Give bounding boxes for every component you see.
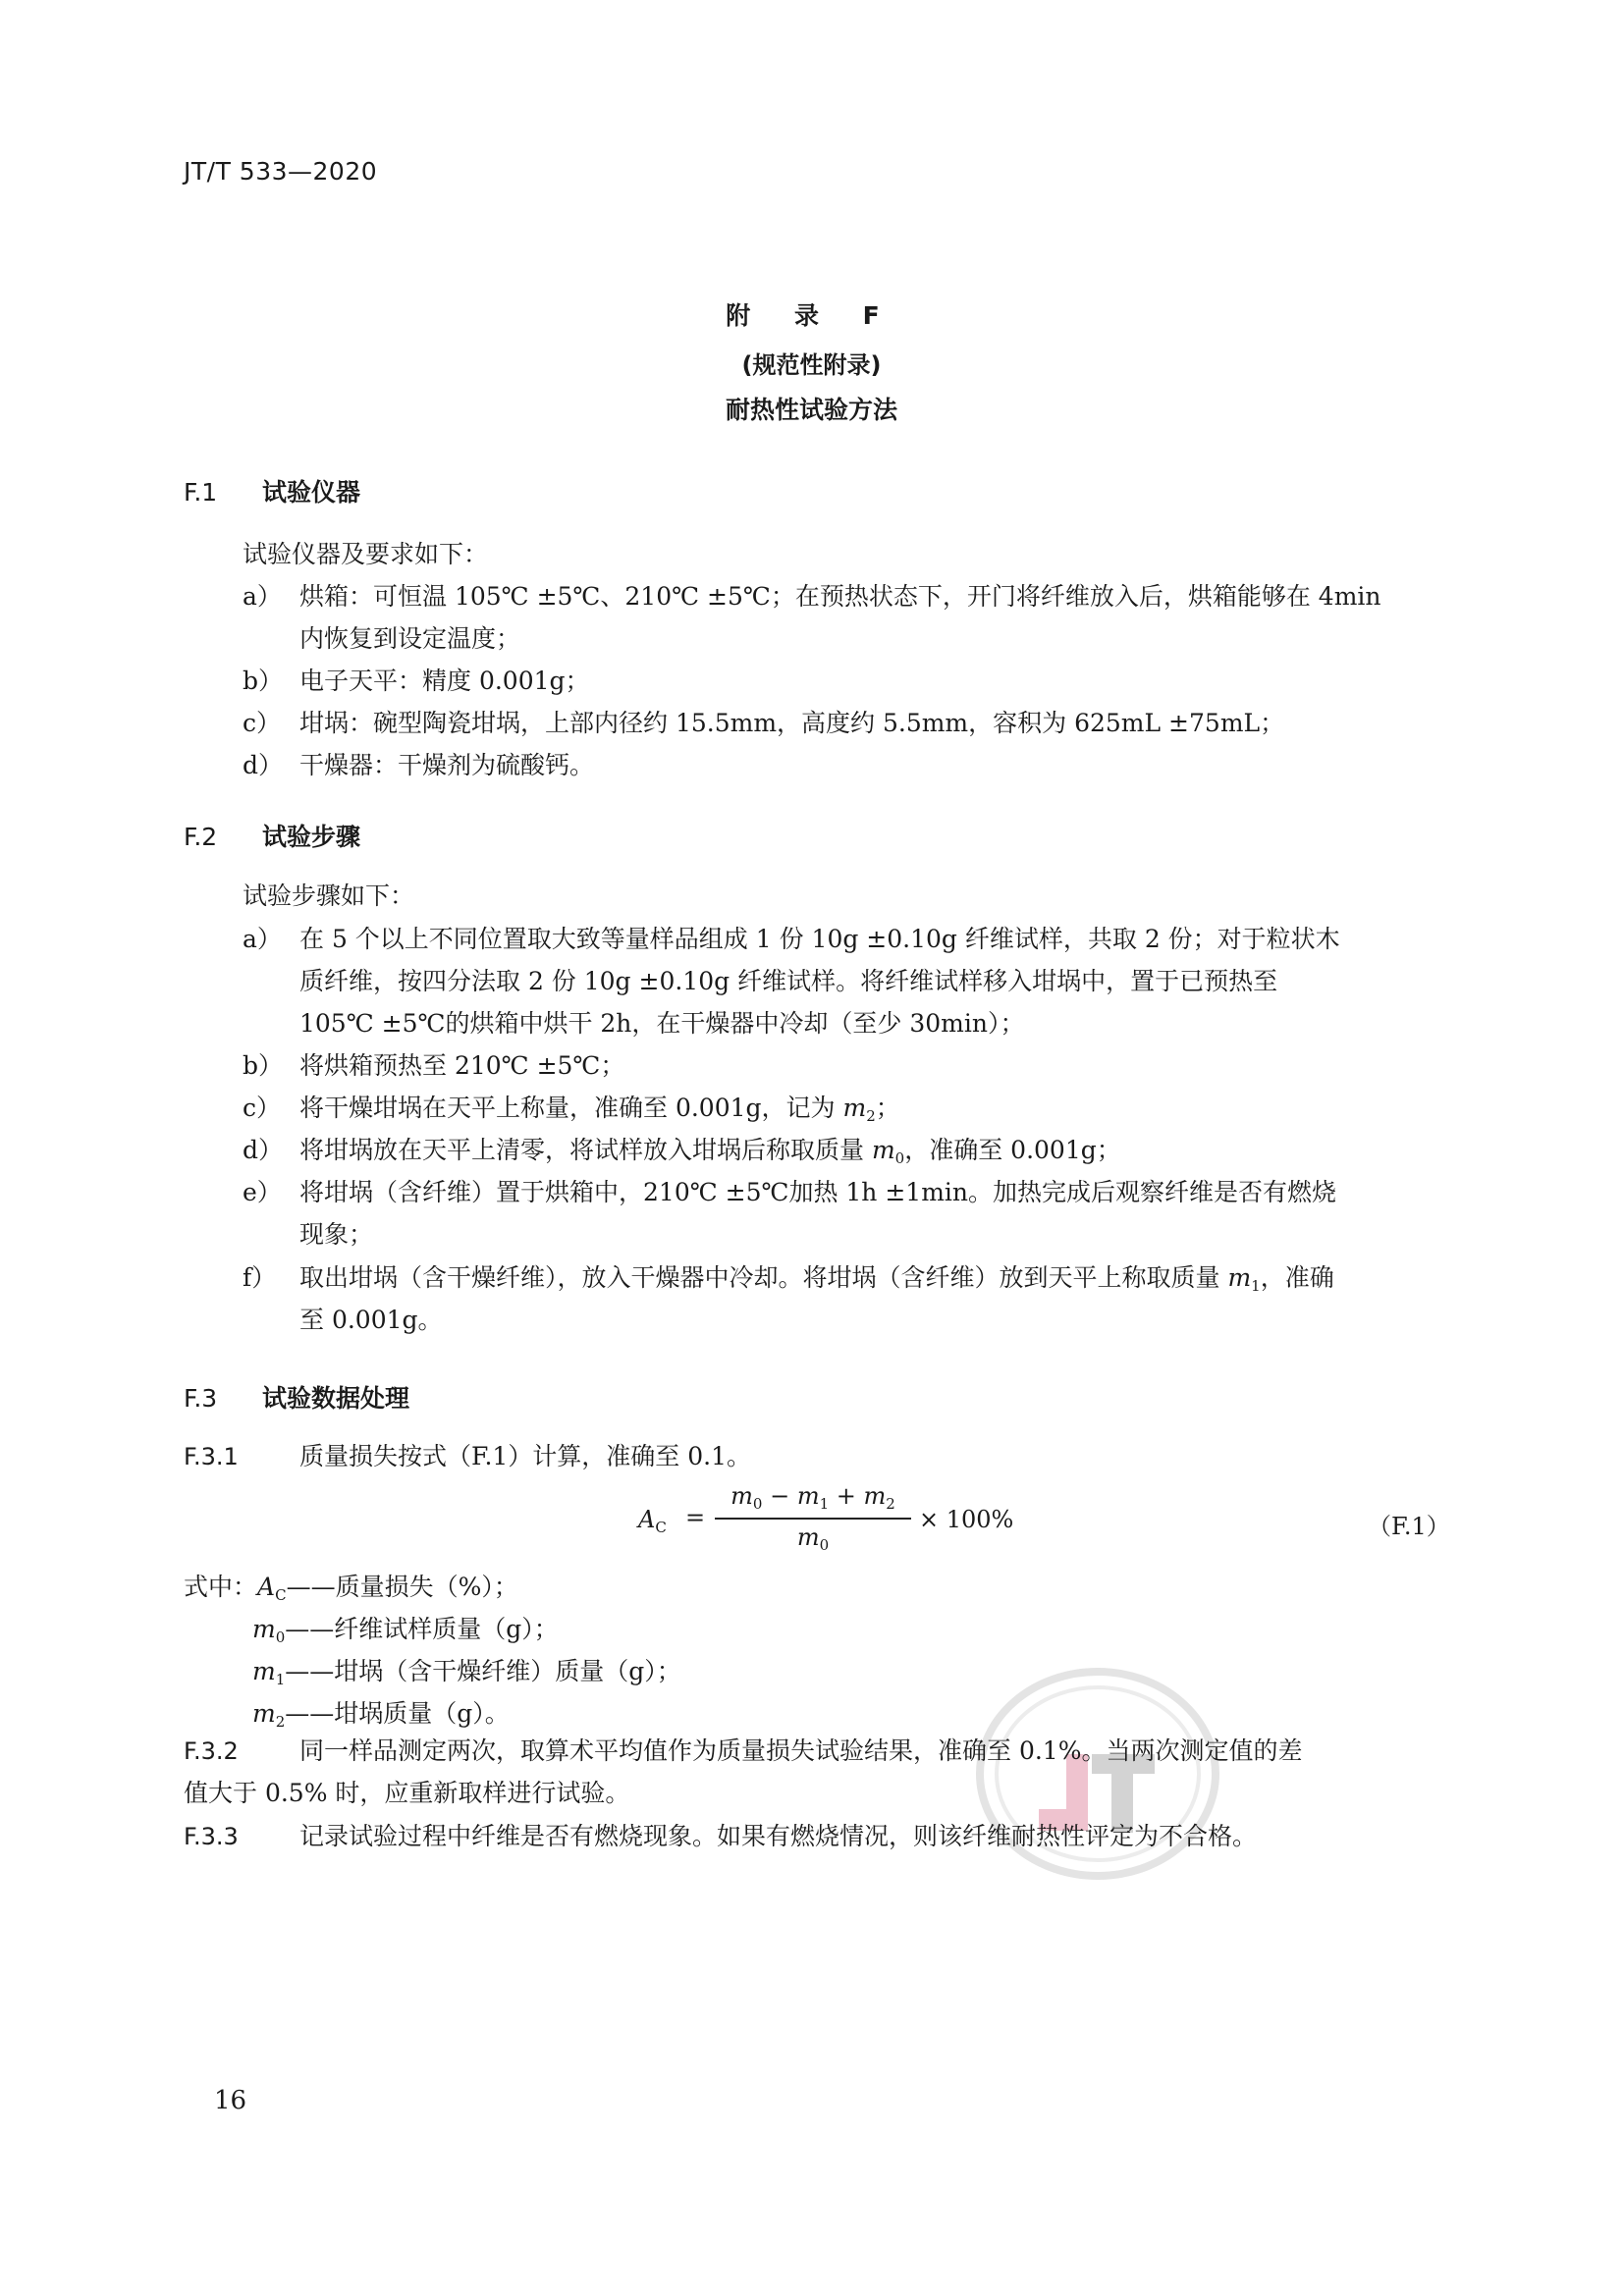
variable: m — [252, 1657, 276, 1685]
item-continuation: 质纤维，按四分法取 2 份 10g ±0.10g 纤维试样。将纤维试样移入坩埚中… — [299, 969, 1277, 993]
formula-lhs: AC — [638, 1506, 667, 1536]
item-label: b） — [243, 668, 299, 693]
clause-f3-3: F.3.3记录试验过程中纤维是否有燃烧现象。如果有燃烧情况，则该纤维耐热性评定为… — [184, 1824, 1257, 1848]
item-text-end: ，准确至 0.001g； — [904, 1136, 1121, 1164]
page-number: 16 — [214, 2086, 246, 2115]
annex-title: 耐热性试验方法 — [0, 391, 1623, 426]
variable: m — [252, 1615, 276, 1643]
clause-number: F.3.2 — [184, 1739, 299, 1763]
item-label: a） — [243, 584, 299, 609]
subscript: 1 — [1251, 1277, 1261, 1295]
subscript: 1 — [276, 1671, 286, 1688]
variable: m — [872, 1136, 895, 1164]
jt-logo-icon — [972, 1664, 1227, 1890]
formula-f1: AC = m0 − m1 + m2 m0 × 100% — [638, 1482, 1011, 1571]
definition-text: 质量损失（%）； — [336, 1573, 518, 1601]
variable: A — [638, 1506, 655, 1533]
list-item: f）取出坩埚（含干燥纤维），放入干燥器中冷却。将坩埚（含纤维）放到天平上称取质量… — [243, 1265, 1334, 1294]
clause-f3-2: F.3.2同一样品测定两次，取算术平均值作为质量损失试验结果，准确至 0.1%。… — [184, 1738, 1302, 1763]
subscript: 2 — [886, 1495, 895, 1513]
fraction-bar — [715, 1518, 911, 1520]
section-number: F.2 — [184, 823, 262, 851]
clause-f3-1: F.3.1质量损失按式（F.1）计算，准确至 0.1。 — [184, 1444, 751, 1468]
denominator: m0 — [715, 1523, 911, 1554]
standard-code: JT/T 533—2020 — [184, 157, 377, 186]
clause-number: F.3.1 — [184, 1445, 299, 1468]
section-number: F.3 — [184, 1384, 262, 1413]
clause-continuation: 值大于 0.5% 时，应重新取样进行试验。 — [184, 1781, 629, 1805]
annex-type: (规范性附录) — [0, 346, 1623, 380]
clause-text: 记录试验过程中纤维是否有燃烧现象。如果有燃烧情况，则该纤维耐热性评定为不合格。 — [299, 1822, 1257, 1850]
operator: − — [762, 1482, 796, 1510]
item-label: c） — [243, 1095, 299, 1120]
definition-text: 纤维试样质量（g）； — [334, 1615, 559, 1643]
item-label: c） — [243, 711, 299, 735]
item-label: d） — [243, 753, 299, 777]
item-text: 干燥器：干燥剂为硫酸钙。 — [299, 751, 594, 779]
item-text-end: ； — [876, 1094, 900, 1122]
list-item: b）电子天平：精度 0.001g； — [243, 668, 590, 693]
operator: + — [829, 1482, 863, 1510]
section-title: 试验步骤 — [262, 823, 360, 851]
subscript: C — [655, 1519, 666, 1536]
variable: m — [842, 1094, 866, 1122]
variable: m — [797, 1523, 820, 1551]
item-continuation: 至 0.001g。 — [299, 1308, 443, 1332]
item-continuation: 内恢复到设定温度； — [299, 626, 520, 651]
dash: —— — [285, 1615, 334, 1643]
subscript: 2 — [866, 1107, 876, 1125]
list-item: a）在 5 个以上不同位置取大致等量样品组成 1 份 10g ±0.10g 纤维… — [243, 927, 1340, 951]
list-item: c）坩埚：碗型陶瓷坩埚，上部内径约 15.5mm，高度约 5.5mm，容积为 6… — [243, 711, 1284, 735]
variable: m — [1227, 1263, 1251, 1292]
definition-text: 坩埚（含干燥纤维）质量（g）； — [334, 1657, 681, 1685]
clause-number: F.3.3 — [184, 1825, 299, 1848]
formula-number: （F.1） — [1368, 1507, 1450, 1541]
item-continuation: 105℃ ±5℃的烘箱中烘干 2h，在干燥器中冷却（至少 30min）； — [299, 1011, 1024, 1036]
item-text: 取出坩埚（含干燥纤维），放入干燥器中冷却。将坩埚（含纤维）放到天平上称取质量 — [299, 1263, 1227, 1292]
where-def: 式中：AC——质量损失（%）； — [184, 1568, 518, 1604]
item-text: 将坩埚放在天平上清零，将试样放入坩埚后称取质量 — [299, 1136, 872, 1164]
equals-sign: = — [685, 1504, 705, 1531]
subscript: C — [275, 1586, 286, 1604]
item-text: 将烘箱预热至 210℃ ±5℃； — [299, 1051, 624, 1080]
item-label: d） — [243, 1138, 299, 1162]
item-text: 将坩埚（含纤维）置于烘箱中，210℃ ±5℃加热 1h ±1min。加热完成后观… — [299, 1178, 1336, 1206]
definition-text: 坩埚质量（g）。 — [334, 1699, 510, 1728]
section-intro: 试验仪器及要求如下： — [243, 542, 488, 566]
item-text: 在 5 个以上不同位置取大致等量样品组成 1 份 10g ±0.10g 纤维试样… — [299, 925, 1340, 953]
item-label: a） — [243, 927, 299, 951]
subscript: 2 — [276, 1713, 286, 1731]
list-item: a）烘箱：可恒温 105℃ ±5℃、210℃ ±5℃；在预热状态下，开门将纤维放… — [243, 584, 1381, 609]
subscript: 0 — [820, 1536, 830, 1554]
section-heading-f3: F.3试验数据处理 — [184, 1379, 409, 1415]
multiplier: × 100% — [919, 1506, 1013, 1533]
dash: —— — [285, 1657, 334, 1685]
section-heading-f1: F.1试验仪器 — [184, 473, 360, 508]
item-text-end: ，准确 — [1261, 1263, 1334, 1292]
fraction: m0 − m1 + m2 m0 — [715, 1482, 911, 1554]
where-def: m2——坩埚质量（g）。 — [252, 1694, 510, 1731]
where-def: m1——坩埚（含干燥纤维）质量（g）； — [252, 1652, 681, 1688]
numerator: m0 − m1 + m2 — [715, 1482, 911, 1516]
list-item: d）干燥器：干燥剂为硫酸钙。 — [243, 753, 594, 777]
item-text: 电子天平：精度 0.001g； — [299, 667, 590, 695]
where-prefix: 式中： — [184, 1573, 257, 1601]
where-def: m0——纤维试样质量（g）； — [252, 1610, 559, 1646]
list-item: e）将坩埚（含纤维）置于烘箱中，210℃ ±5℃加热 1h ±1min。加热完成… — [243, 1180, 1336, 1204]
item-label: e） — [243, 1180, 299, 1204]
section-heading-f2: F.2试验步骤 — [184, 818, 360, 853]
item-text: 将干燥坩埚在天平上称量，准确至 0.001g，记为 — [299, 1094, 842, 1122]
section-title: 试验数据处理 — [262, 1384, 409, 1413]
subscript: 1 — [820, 1495, 830, 1513]
list-item: d）将坩埚放在天平上清零，将试样放入坩埚后称取质量 m0，准确至 0.001g； — [243, 1138, 1121, 1166]
jt-watermark-logo — [972, 1664, 1227, 1890]
dash: —— — [285, 1699, 334, 1728]
clause-text: 同一样品测定两次，取算术平均值作为质量损失试验结果，准确至 0.1%。当两次测定… — [299, 1736, 1302, 1765]
list-item: b）将烘箱预热至 210℃ ±5℃； — [243, 1053, 624, 1078]
item-label: f） — [243, 1265, 299, 1290]
list-item: c）将干燥坩埚在天平上称量，准确至 0.001g，记为 m2； — [243, 1095, 900, 1124]
variable: A — [257, 1573, 275, 1601]
annex-label: 附 录 F — [0, 296, 1623, 332]
variable: m — [797, 1482, 820, 1510]
item-text: 烘箱：可恒温 105℃ ±5℃、210℃ ±5℃；在预热状态下，开门将纤维放入后… — [299, 582, 1381, 611]
variable: m — [730, 1482, 753, 1510]
variable: m — [252, 1699, 276, 1728]
subscript: 0 — [895, 1149, 905, 1167]
variable: m — [864, 1482, 887, 1510]
section-title: 试验仪器 — [262, 478, 360, 507]
item-continuation: 现象； — [299, 1222, 373, 1247]
clause-text: 质量损失按式（F.1）计算，准确至 0.1。 — [299, 1442, 751, 1470]
section-intro: 试验步骤如下： — [243, 883, 414, 908]
subscript: 0 — [276, 1629, 286, 1646]
item-label: b） — [243, 1053, 299, 1078]
item-text: 坩埚：碗型陶瓷坩埚，上部内径约 15.5mm，高度约 5.5mm，容积为 625… — [299, 709, 1284, 737]
section-number: F.1 — [184, 478, 262, 507]
dash: —— — [287, 1573, 336, 1601]
